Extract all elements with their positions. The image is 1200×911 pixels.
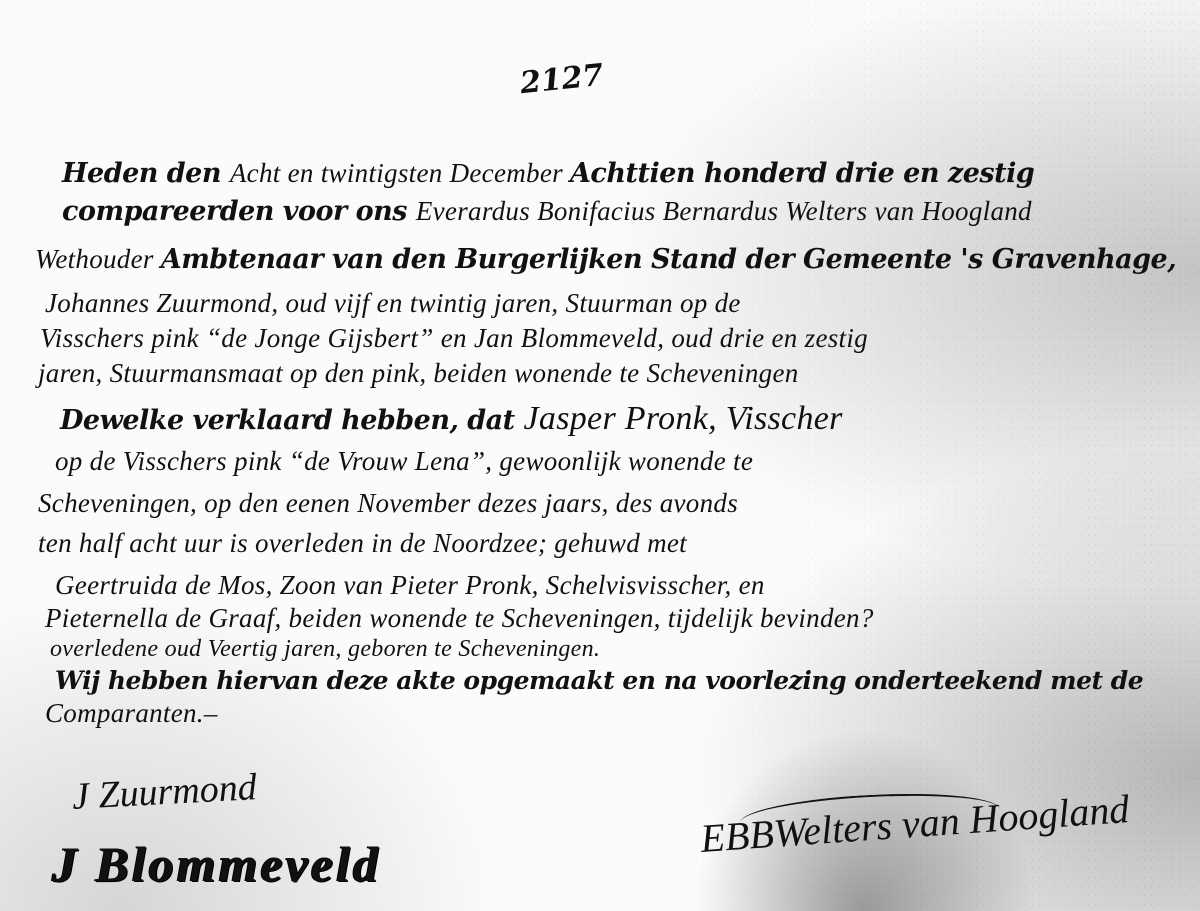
printed-text: compareerden voor ons [62,196,416,227]
printed-text: Dewelke verklaard hebben, dat [60,405,524,436]
handwritten-text: ten half acht uur is overleden in de Noo… [38,528,687,558]
printed-text: Achttien honderd drie en zestig [570,158,1034,189]
record-line-14: Wij hebben hiervan deze akte opgemaakt e… [55,668,1143,693]
printed-text: Heden den [62,158,230,189]
record-line-5: Visschers pink “de Jonge Gijsbert” en Ja… [40,325,868,352]
printed-text: Ambtenaar van den Burgerlijken Stand der… [161,244,1176,275]
record-line-13: overledene oud Veertig jaren, geboren te… [50,636,600,661]
record-line-4: Johannes Zuurmond, oud vijf en twintig j… [45,290,741,317]
record-line-7: Dewelke verklaard hebben, dat Jasper Pro… [60,402,843,436]
record-line-6: jaren, Stuurmansmaat op den pink, beiden… [38,360,799,387]
handwritten-text: Everardus Bonifacius Bernardus Welters v… [416,196,1032,226]
handwritten-text: Johannes Zuurmond, oud vijf en twintig j… [45,288,741,318]
handwritten-text: Geertruida de Mos, Zoon van Pieter Pronk… [55,570,765,600]
handwritten-text: op de Visschers pink “de Vrouw Lena”, ge… [55,446,753,476]
record-line-11: Geertruida de Mos, Zoon van Pieter Pronk… [55,572,765,599]
handwritten-text: Jasper Pronk, Visscher [524,400,843,437]
handwritten-text: jaren, Stuurmansmaat op den pink, beiden… [38,358,799,388]
record-line-15: Comparanten.– [45,700,218,727]
record-line-10: ten half acht uur is overleden in de Noo… [38,530,687,557]
handwritten-text: Visschers pink “de Jonge Gijsbert” en Ja… [40,323,868,353]
handwritten-text: overledene oud Veertig jaren, geboren te… [50,636,600,662]
signature-blommeveld: J Blommeveld [52,835,381,893]
handwritten-text: Scheveningen, op den eenen November deze… [38,488,738,518]
record-line-9: Scheveningen, op den eenen November deze… [38,490,738,517]
printed-text: Wij hebben hiervan deze akte opgemaakt e… [55,666,1143,695]
record-line-3: Wethouder Ambtenaar van den Burgerlijken… [35,246,1176,273]
record-line-2: compareerden voor ons Everardus Bonifaci… [62,198,1032,225]
record-line-8: op de Visschers pink “de Vrouw Lena”, ge… [55,448,753,475]
record-line-12: Pieternella de Graaf, beiden wonende te … [45,605,874,632]
handwritten-text: Pieternella de Graaf, beiden wonende te … [45,603,874,633]
handwritten-text: Acht en twintigsten December [230,158,570,188]
handwritten-text: Wethouder [35,244,161,274]
handwritten-text: Comparanten.– [45,698,218,728]
record-line-1: Heden den Acht en twintigsten December A… [62,160,1034,187]
